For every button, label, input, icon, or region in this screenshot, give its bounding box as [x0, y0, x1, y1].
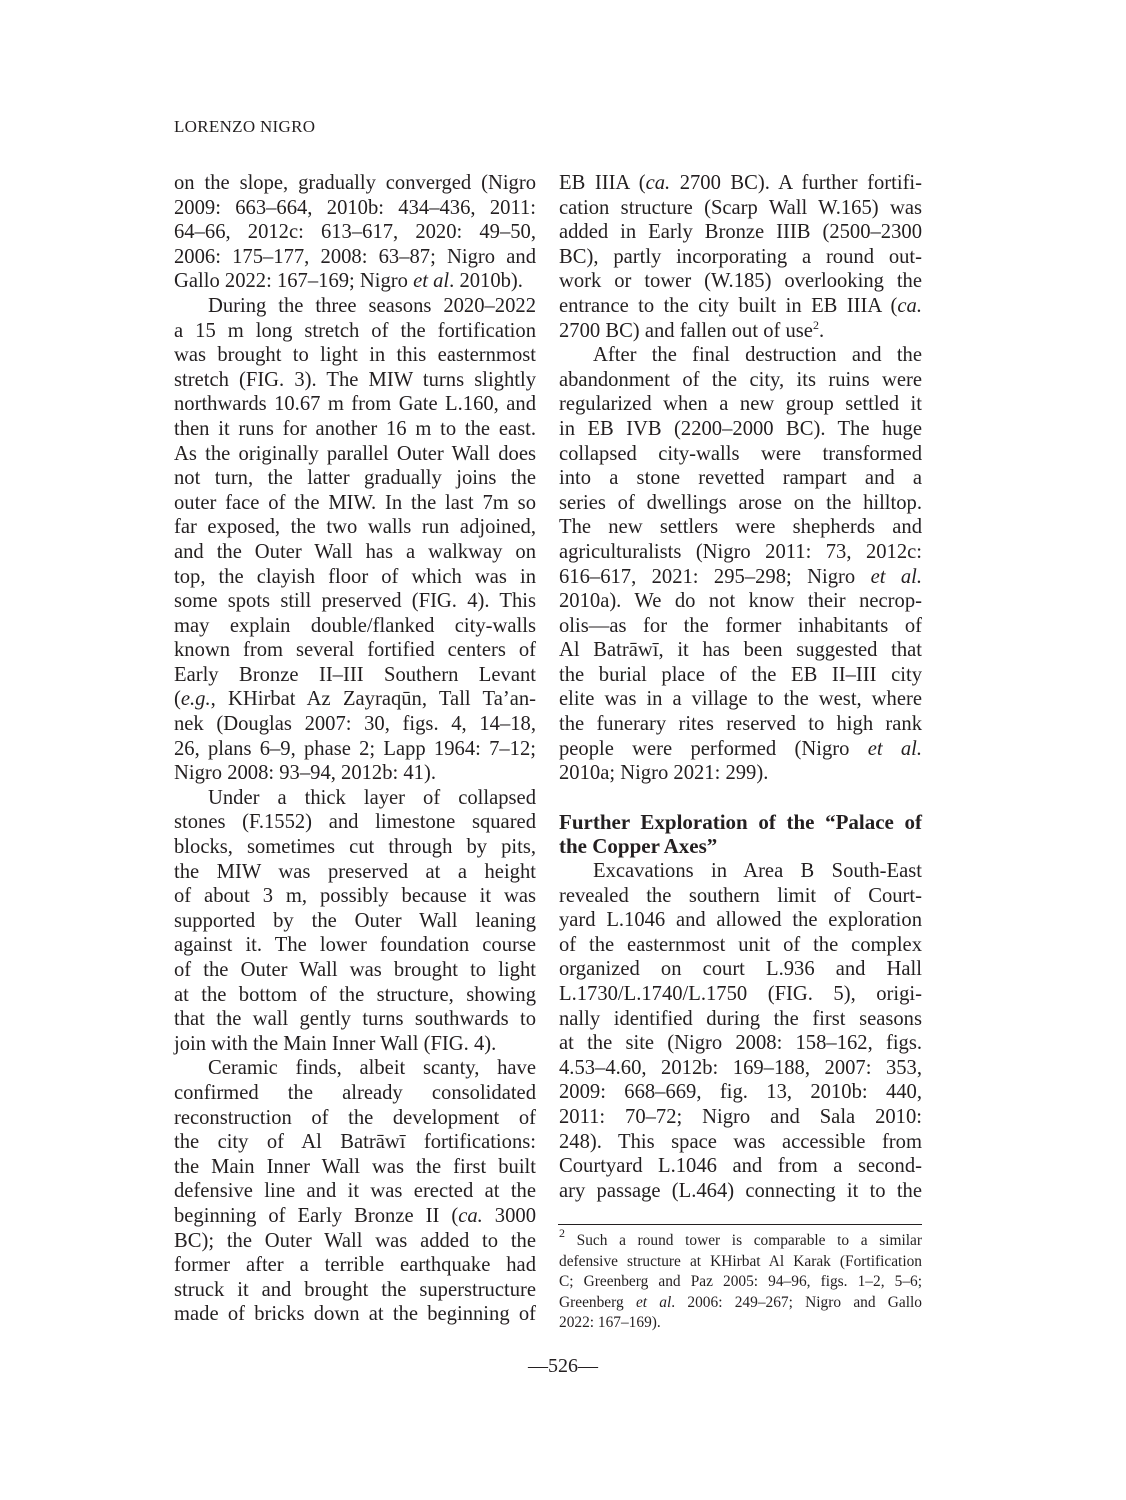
footnote-2: 2 Such a round tower is comparable to a …	[559, 1231, 922, 1334]
text-line: the Main Inner Wall was the first built	[174, 1155, 536, 1180]
text-line: regularized when a new group settled it	[559, 392, 922, 417]
text-line: the burial place of the EB II–III city	[559, 663, 922, 688]
text-line: was brought to light in this easternmost	[174, 343, 536, 368]
text-line: 26, plans 6–9, phase 2; Lapp 1964: 7–12;	[174, 737, 536, 762]
text-line: at the bottom of the structure, showing	[174, 983, 536, 1008]
left-column-paragraph: Under a thick layer of collapsedstones (…	[174, 786, 536, 1057]
text-line: 2009: 663–664, 2010b: 434–436, 2011:	[174, 196, 536, 221]
text-line: the city of Al Batrāwī fortifications:	[174, 1130, 536, 1155]
text-line: beginning of Early Bronze II (ca. 3000	[174, 1204, 536, 1229]
text-line: work or tower (W.185) overlooking the	[559, 269, 922, 294]
left-column-paragraph: During the three seasons 2020–2022a 15 m…	[174, 294, 536, 786]
text-line: During the three seasons 2020–2022	[174, 294, 536, 319]
text-line: into a stone revetted rampart and a	[559, 466, 922, 491]
text-line: and the Outer Wall has a walkway on	[174, 540, 536, 565]
right-column-body-after-heading: Excavations in Area B South-Eastrevealed…	[559, 859, 922, 1203]
text-line: top, the clayish floor of which was in	[174, 565, 536, 590]
text-line: agriculturalists (Nigro 2011: 73, 2012c:	[559, 540, 922, 565]
text-line: The new settlers were shepherds and	[559, 515, 922, 540]
text-line: 2700 BC) and fallen out of use2.	[559, 319, 922, 344]
text-line: cation structure (Scarp Wall W.165) was	[559, 196, 922, 221]
text-line: collapsed city-walls were transformed	[559, 442, 922, 467]
text-line: struck it and brought the superstructure	[174, 1278, 536, 1303]
right-column-paragraph: Excavations in Area B South-Eastrevealed…	[559, 859, 922, 1203]
text-line: known from several fortified centers of	[174, 638, 536, 663]
text-line: 2011: 70–72; Nigro and Sala 2010:	[559, 1105, 922, 1130]
text-line: Nigro 2008: 93–94, 2012b: 41).	[174, 761, 536, 786]
text-line: added in Early Bronze IIIB (2500–2300	[559, 220, 922, 245]
text-line: abandonment of the city, its ruins were	[559, 368, 922, 393]
text-line: people were performed (Nigro et al.	[559, 737, 922, 762]
text-line: BC), partly incorporating a round out-	[559, 245, 922, 270]
text-line: defensive line and it was erected at the	[174, 1179, 536, 1204]
text-line: blocks, sometimes cut through by pits,	[174, 835, 536, 860]
text-line: not turn, the latter gradually joins the	[174, 466, 536, 491]
right-column-paragraph: After the final destruction and theaband…	[559, 343, 922, 786]
left-column-paragraph: on the slope, gradually converged (Nigro…	[174, 171, 536, 294]
text-line: 4.53–4.60, 2012b: 169–188, 2007: 353,	[559, 1056, 922, 1081]
text-line: 248). This space was accessible from	[559, 1130, 922, 1155]
text-line: northwards 10.67 m from Gate L.160, and	[174, 392, 536, 417]
text-line: revealed the southern limit of Court-	[559, 884, 922, 909]
text-line: Ceramic finds, albeit scanty, have	[174, 1056, 536, 1081]
text-line: then it runs for another 16 m to the eas…	[174, 417, 536, 442]
text-line: some spots still preserved (FIG. 4). Thi…	[174, 589, 536, 614]
text-line: elite was in a village to the west, wher…	[559, 687, 922, 712]
text-line: the MIW was preserved at a height	[174, 860, 536, 885]
text-line: After the final destruction and the	[559, 343, 922, 368]
section-heading-line-1: Further Exploration of the “Palace of	[559, 810, 922, 835]
text-line: outer face of the MIW. In the last 7m so	[174, 491, 536, 516]
text-line: of the easternmost unit of the complex	[559, 933, 922, 958]
page-number: —526—	[0, 1355, 1126, 1378]
text-line: Courtyard L.1046 and from a second-	[559, 1154, 922, 1179]
text-line: Gallo 2022: 167–169; Nigro et al. 2010b)…	[174, 269, 536, 294]
text-line: BC); the Outer Wall was added to the	[174, 1229, 536, 1254]
text-line: series of dwellings arose on the hilltop…	[559, 491, 922, 516]
text-line: As the originally parallel Outer Wall do…	[174, 442, 536, 467]
text-line: Al Batrāwī, it has been suggested that	[559, 638, 922, 663]
text-line: 2006: 175–177, 2008: 63–87; Nigro and	[174, 245, 536, 270]
text-line: made of bricks down at the beginning of	[174, 1302, 536, 1327]
text-line: reconstruction of the development of	[174, 1106, 536, 1131]
text-line: may explain double/flanked city-walls	[174, 614, 536, 639]
text-line: of about 3 m, possibly because it was	[174, 884, 536, 909]
footnote-divider	[558, 1224, 922, 1225]
text-line: 64–66, 2012c: 613–617, 2020: 49–50,	[174, 220, 536, 245]
text-line: 2010a; Nigro 2021: 299).	[559, 761, 922, 786]
text-line: Early Bronze II–III Southern Levant	[174, 663, 536, 688]
text-line: yard L.1046 and allowed the exploration	[559, 908, 922, 933]
right-text-column: EB IIIA (ca. 2700 BC). A further fortifi…	[559, 171, 922, 1203]
text-line: supported by the Outer Wall leaning	[174, 909, 536, 934]
text-line: EB IIIA (ca. 2700 BC). A further fortifi…	[559, 171, 922, 196]
text-line: 2010a). We do not know their necrop-	[559, 589, 922, 614]
footnote-line: 2022: 167–169).	[559, 1313, 922, 1334]
text-line: at the site (Nigro 2008: 158–162, figs.	[559, 1031, 922, 1056]
text-line: L.1730/L.1740/L.1750 (FIG. 5), origi-	[559, 982, 922, 1007]
text-line: nally identified during the first season…	[559, 1007, 922, 1032]
text-line: join with the Main Inner Wall (FIG. 4).	[174, 1032, 536, 1057]
text-line: entrance to the city built in EB IIIA (c…	[559, 294, 922, 319]
text-line: 616–617, 2021: 295–298; Nigro et al.	[559, 565, 922, 590]
footnote-line: defensive structure at KHirbat Al Karak …	[559, 1252, 922, 1273]
running-head-author: LORENZO NIGRO	[174, 117, 315, 137]
text-line: far exposed, the two walls run adjoined,	[174, 515, 536, 540]
text-line: ary passage (L.464) connecting it to the	[559, 1179, 922, 1204]
text-line: former after a terrible earthquake had	[174, 1253, 536, 1278]
text-line: Excavations in Area B South-East	[559, 859, 922, 884]
text-line: Under a thick layer of collapsed	[174, 786, 536, 811]
right-column-body-before-heading: EB IIIA (ca. 2700 BC). A further fortifi…	[559, 171, 922, 786]
text-line: nek (Douglas 2007: 30, figs. 4, 14–18,	[174, 712, 536, 737]
text-line: in EB IVB (2200–2000 BC). The huge	[559, 417, 922, 442]
section-heading-line-2: the Copper Axes”	[559, 834, 922, 859]
section-heading: Further Exploration of the “Palace of th…	[559, 810, 922, 859]
text-line: stretch (FIG. 3). The MIW turns slightly	[174, 368, 536, 393]
text-line: confirmed the already consolidated	[174, 1081, 536, 1106]
text-line: organized on court L.936 and Hall	[559, 957, 922, 982]
text-line: a 15 m long stretch of the fortification	[174, 319, 536, 344]
text-line: 2009: 668–669, fig. 13, 2010b: 440,	[559, 1080, 922, 1105]
text-line: the funerary rites reserved to high rank	[559, 712, 922, 737]
left-text-column: on the slope, gradually converged (Nigro…	[174, 171, 536, 1327]
right-column-paragraph: EB IIIA (ca. 2700 BC). A further fortifi…	[559, 171, 922, 343]
left-column-paragraph: Ceramic finds, albeit scanty, haveconfir…	[174, 1056, 536, 1327]
text-line: olis—as for the former inhabitants of	[559, 614, 922, 639]
text-line: of the Outer Wall was brought to light	[174, 958, 536, 983]
footnote-line: Greenberg et al. 2006: 249–267; Nigro an…	[559, 1293, 922, 1314]
text-line: against it. The lower foundation course	[174, 933, 536, 958]
footnote-line: C; Greenberg and Paz 2005: 94–96, figs. …	[559, 1272, 922, 1293]
text-line: stones (F.1552) and limestone squared	[174, 810, 536, 835]
text-line: on the slope, gradually converged (Nigro	[174, 171, 536, 196]
text-line: (e.g., KHirbat Az Zayraqūn, Tall Ta’an-	[174, 687, 536, 712]
footnote-line: 2 Such a round tower is comparable to a …	[559, 1231, 922, 1252]
text-line: that the wall gently turns southwards to	[174, 1007, 536, 1032]
